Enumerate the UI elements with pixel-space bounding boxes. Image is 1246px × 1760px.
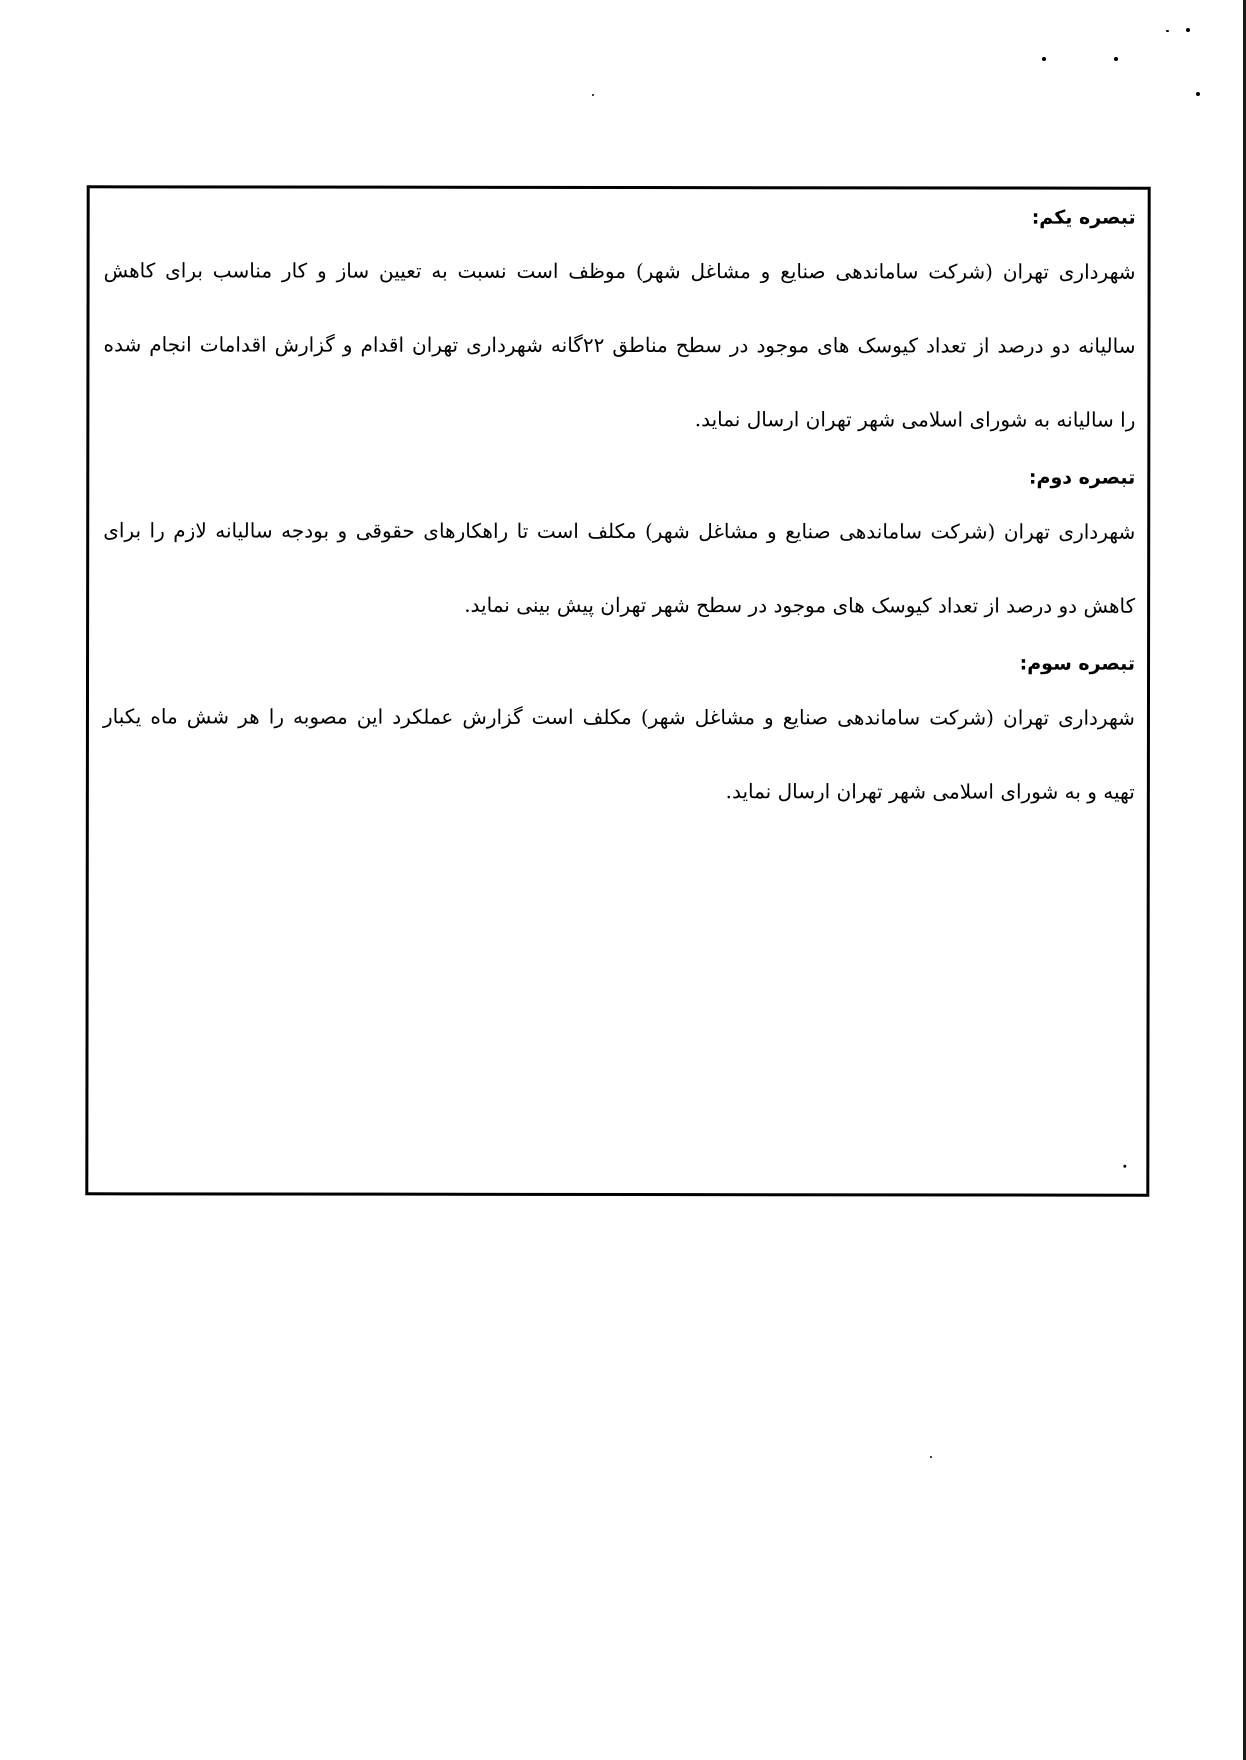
- note-1-line-1: شهرداری تهران (شرکت ساماندهی صنایع و مشا…: [104, 256, 1136, 285]
- note-3-line-1: شهرداری تهران (شرکت ساماندهی صنایع و مشا…: [103, 702, 1135, 731]
- note-3-title: تبصره سوم:: [103, 648, 1135, 677]
- note-2-title: تبصره دوم:: [103, 462, 1135, 491]
- document-frame: تبصره یکم: شهرداری تهران (شرکت ساماندهی …: [85, 185, 1150, 1196]
- scan-speck: [1196, 92, 1200, 96]
- note-2-line-2: کاهش دو درصد از تعداد کیوسک های موجود در…: [103, 590, 1135, 619]
- note-2-line-1: شهرداری تهران (شرکت ساماندهی صنایع و مشا…: [103, 516, 1135, 545]
- scan-speck: [1042, 57, 1046, 61]
- note-3-line-2: تهیه و به شورای اسلامی شهر تهران ارسال ن…: [103, 776, 1135, 805]
- note-1-line-2: سالیانه دو درصد از تعداد کیوسک های موجود…: [103, 330, 1135, 359]
- document-body: تبصره یکم: شهرداری تهران (شرکت ساماندهی …: [103, 202, 1136, 805]
- note-1-line-3: را سالیانه به شورای اسلامی شهر تهران ارس…: [103, 404, 1135, 433]
- note-3: تبصره سوم: شهرداری تهران (شرکت ساماندهی …: [103, 648, 1135, 805]
- scan-speck: [1186, 28, 1190, 32]
- scan-speck: [592, 94, 594, 96]
- note-2: تبصره دوم: شهرداری تهران (شرکت ساماندهی …: [103, 462, 1135, 619]
- note-1: تبصره یکم: شهرداری تهران (شرکت ساماندهی …: [103, 202, 1135, 433]
- note-1-title: تبصره یکم:: [104, 202, 1136, 231]
- scan-speck: [930, 1456, 932, 1458]
- scan-speck: [1123, 1165, 1126, 1168]
- scan-speck: [1166, 30, 1169, 32]
- scan-speck: [1114, 57, 1118, 61]
